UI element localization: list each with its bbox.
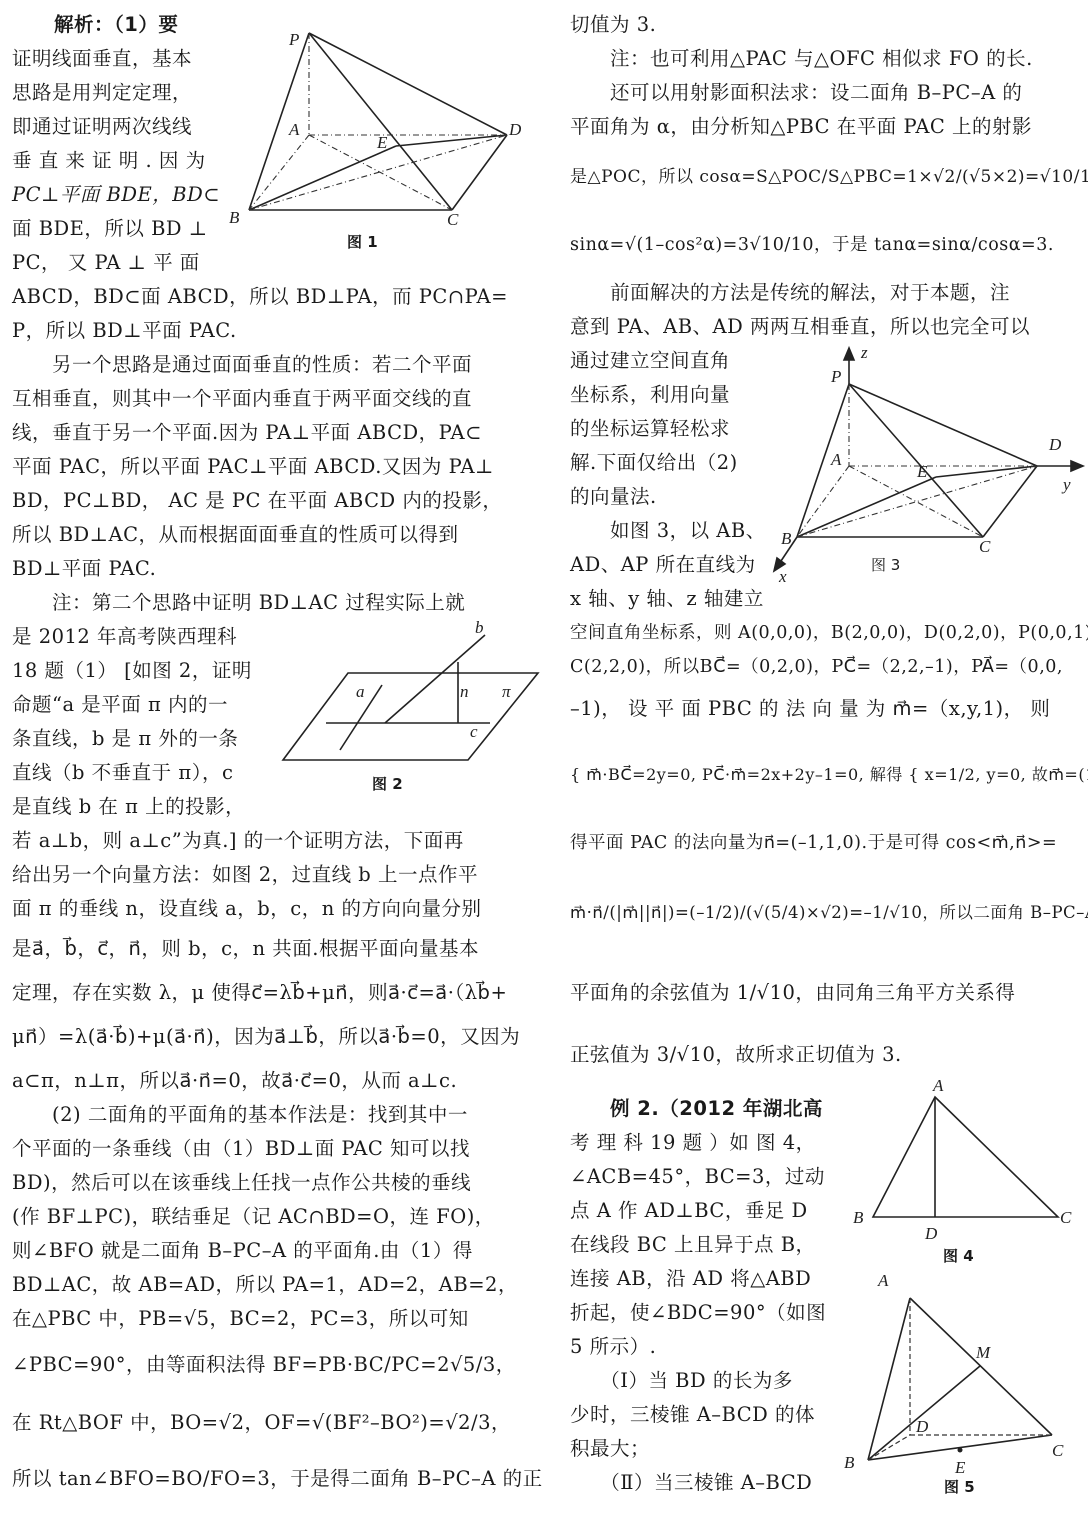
text-line: C(2,2,0)，所以BC⃗=（0,2,0)，PC⃗=（2,2,–1)，PA⃗=…: [570, 654, 1063, 680]
note-line: 注：也可利用△PAC 与△OFC 相似求 FO 的长.: [570, 46, 1033, 72]
text-line: 即通过证明两次线线: [12, 114, 192, 140]
svg-text:P: P: [830, 367, 841, 386]
text-line: 少时，三棱锥 A–BCD 的体: [570, 1402, 815, 1428]
text-line: 直线（b 不垂直于 π），c: [12, 760, 233, 786]
text-line: ABCD，BD⊂面 ABCD，所以 BD⊥PA，而 PC∩PA=: [12, 284, 508, 310]
pyramid-diagram: P A E D B C: [225, 25, 530, 255]
text-line: 还可以用射影面积法求：设二面角 B–PC–A 的: [570, 80, 1022, 106]
svg-text:D: D: [924, 1224, 938, 1243]
svg-text:E: E: [954, 1458, 966, 1477]
text-line: 解.下面仅给出（2): [570, 450, 738, 476]
formula-line: m⃗·n⃗/(|m⃗||n⃗|)=(–1/2)/(√(5/4)×√2)=–1/√…: [570, 900, 1088, 926]
svg-text:C: C: [1052, 1441, 1064, 1460]
text-line: 定理，存在实数 λ，μ 使得c⃗=λb⃗+μn⃗，则a⃗·c⃗=a⃗·（λb⃗+: [12, 980, 507, 1006]
svg-text:B: B: [781, 529, 792, 548]
svg-text:A: A: [932, 1076, 944, 1095]
text-line: 意到 PA、AB、AD 两两互相垂直，所以也完全可以: [570, 314, 1030, 340]
text-line: 正弦值为 3/√10，故所求正切值为 3.: [570, 1042, 902, 1068]
text-line: （Ⅱ）当三棱锥 A–BCD: [570, 1470, 812, 1496]
formula-line: 是△POC，所以 cosα=S△POC/S△PBC=1×√2/(√5×2)=√1…: [570, 164, 1088, 190]
text-line: 空间直角坐标系，则 A(0,0,0)，B(2,0,0)，D(0,2,0)，P(0…: [570, 620, 1088, 646]
svg-text:B: B: [229, 208, 240, 227]
text-line: 若 a⊥b，则 a⊥c”为真.] 的一个证明方法，下面再: [12, 828, 464, 854]
analysis-heading: 解析：（1）要: [12, 13, 178, 36]
text-line: 在线段 BC 上且异于点 B，: [570, 1232, 816, 1258]
folded-tetrahedron-diagram: A M D B E C: [840, 1270, 1080, 1480]
coordinate-pyramid-diagram: z P A E D y B C x: [765, 342, 1088, 587]
figure-2: b a n π c 图 2: [280, 615, 542, 800]
text-line: 平面角为 α，由分析知△PBC 在平面 PAC 上的射影: [570, 114, 1032, 140]
text-line: 互相垂直，则其中一个平面内垂直于两平面交线的直: [12, 386, 472, 412]
text-line: 面 π 的垂线 n，设直线 a，b，c，n 的方向向量分别: [12, 896, 481, 922]
text-line: 面 BDE，所以 BD ⊥: [12, 216, 208, 242]
svg-text:x: x: [778, 567, 787, 586]
svg-text:E: E: [916, 462, 928, 481]
text-line: 平面角的余弦值为 1/√10，由同角三角平方关系得: [570, 980, 1015, 1006]
formula-line: ∠PBC=90°，由等面积法得 BF=PB·BC/PC=2√5/3，: [12, 1352, 516, 1378]
svg-text:z: z: [860, 343, 868, 362]
text-line: 18 题（1） [如图 2，证明: [12, 658, 252, 684]
svg-text:B: B: [844, 1453, 855, 1472]
text-line: x 轴、y 轴、z 轴建立: [570, 586, 764, 612]
svg-text:y: y: [1061, 475, 1071, 494]
text-line: 是 2012 年高考陕西理科: [12, 624, 237, 650]
svg-text:C: C: [447, 210, 459, 229]
svg-text:b: b: [475, 618, 484, 637]
text-line: 考 理 科 19 题 ）如 图 4，: [570, 1130, 816, 1156]
text-line: （Ⅰ）当 BD 的长为多: [570, 1368, 793, 1394]
svg-text:E: E: [376, 133, 388, 152]
text-line: 是a⃗，b⃗，c⃗，n⃗，则 b，c，n 共面.根据平面向量基本: [12, 936, 479, 962]
text-line: 如图 3，以 AB、: [570, 518, 766, 544]
text-line: BD⊥AC，故 AB=AD，所以 PA=1，AD=2，AB=2，: [12, 1272, 518, 1298]
svg-text:D: D: [508, 120, 522, 139]
text-line: 坐标系，利用向量: [570, 382, 730, 408]
text-line: 在△PBC 中，PB=√5，BC=2，PC=3，所以可知: [12, 1306, 469, 1332]
svg-text:M: M: [975, 1343, 991, 1362]
text-line: P，所以 BD⊥平面 PAC.: [12, 318, 237, 344]
svg-text:n: n: [460, 682, 469, 701]
svg-text:a: a: [356, 682, 365, 701]
text-line: BD⊥平面 PAC.: [12, 556, 156, 582]
text-line: a⊂π，n⊥π，所以a⃗·n⃗=0，故a⃗·c⃗=0，从而 a⊥c.: [12, 1068, 457, 1094]
text-line: 线，垂直于另一个平面.因为 PA⊥平面 ABCD，PA⊂: [12, 420, 482, 446]
text-line: 证明线面垂直，基本: [12, 46, 192, 72]
figure-caption: 图 3: [871, 554, 900, 575]
text-line: 前面解决的方法是传统的解法，对于本题，注: [570, 280, 1010, 306]
svg-text:C: C: [1060, 1208, 1072, 1227]
figure-caption: 图 1: [347, 231, 378, 252]
text-line: 个平面的一条垂线（由（1）BD⊥面 PAC 知可以找: [12, 1136, 470, 1162]
text-line: 思路是用判定定理，: [12, 80, 192, 106]
figure-1: P A E D B C 图 1: [225, 25, 530, 255]
equation-system: { m⃗·BC⃗=2y=0, PC⃗·m⃗=2x+2y–1=0, 解得 { x=…: [570, 762, 1088, 788]
text-line: 命题“a 是平面 π 内的一: [12, 692, 228, 718]
svg-text:A: A: [288, 120, 300, 139]
text-line: PC⊥平面 BDE，BD⊂: [12, 182, 220, 208]
figure-4: A B D C 图 4: [845, 1075, 1080, 1270]
text-line: 另一个思路是通过面面垂直的性质：若二个平面: [12, 352, 472, 378]
text-line: –1)， 设 平 面 PBC 的 法 向 量 为 m⃗=（x,y,1)， 则: [570, 696, 1050, 722]
text-line: ∠ACB=45°，BC=3，过动: [570, 1164, 825, 1190]
text-line: 得平面 PAC 的法向量为n⃗=(–1,1,0).于是可得 cos<m⃗,n⃗>…: [570, 830, 1057, 856]
text-line: 给出另一个向量方法：如图 2，过直线 b 上一点作平: [12, 862, 478, 888]
svg-text:P: P: [288, 30, 299, 49]
text-line: 则∠BFO 就是二面角 B–PC–A 的平面角.由（1）得: [12, 1238, 473, 1264]
svg-text:C: C: [979, 537, 991, 556]
svg-text:A: A: [830, 450, 842, 469]
text-line: 积最大；: [570, 1436, 650, 1462]
figure-caption: 图 4: [943, 1245, 974, 1266]
text-line: 5 所示）.: [570, 1334, 656, 1360]
plane-line-diagram: b a n π c: [280, 615, 542, 775]
text-line: (作 BF⊥PC)，联结垂足（记 AC∩BD=O，连 FO)，: [12, 1204, 495, 1230]
example-heading: 例 2.（2012 年湖北高: [570, 1096, 823, 1122]
text-line: 点 A 作 AD⊥BC，垂足 D: [570, 1198, 808, 1224]
figure-3: z P A E D y B C x 图 3: [765, 342, 1088, 587]
svg-text:A: A: [877, 1271, 889, 1290]
triangle-diagram: A B D C: [845, 1075, 1080, 1245]
text-line: 折起，使∠BDC=90°（如图: [570, 1300, 826, 1326]
text-line: 是直线 b 在 π 上的投影，: [12, 794, 245, 820]
svg-text:c: c: [470, 722, 478, 741]
text-line: (2) 二面角的平面角的基本作法是：找到其中一: [12, 1102, 468, 1128]
text-line: 条直线，b 是 π 外的一条: [12, 726, 238, 752]
note-line: 注：第二个思路中证明 BD⊥AC 过程实际上就: [12, 590, 465, 616]
text-line: 平面 PAC，所以平面 PAC⊥平面 ABCD.又因为 PA⊥: [12, 454, 494, 480]
svg-text:D: D: [915, 1417, 929, 1436]
formula-line: 所以 tan∠BFO=BO/FO=3，于是得二面角 B–PC–A 的正: [12, 1466, 543, 1492]
text-line: 解析：（1）要: [12, 12, 212, 38]
figure-5: A M D B E C 图 5: [840, 1270, 1080, 1500]
svg-text:B: B: [853, 1208, 864, 1227]
text-line: 垂 直 来 证 明 . 因 为: [12, 148, 206, 174]
text-line: 的坐标运算轻松求: [570, 416, 730, 442]
text-line: 的向量法.: [570, 484, 657, 510]
figure-caption: 图 2: [372, 773, 403, 794]
figure-caption: 图 5: [944, 1476, 975, 1497]
svg-text:π: π: [502, 682, 511, 701]
svg-text:D: D: [1048, 435, 1062, 454]
formula-line: sinα=√(1–cos²α)=3√10/10，于是 tanα=sinα/cos…: [570, 232, 1054, 258]
text-line: 连接 AB，沿 AD 将△ABD: [570, 1266, 811, 1292]
text-line: 切值为 3.: [570, 12, 656, 38]
text-line: 通过建立空间直角: [570, 348, 730, 374]
text-line: 所以 BD⊥AC，从而根据面面垂直的性质可以得到: [12, 522, 459, 548]
text-line: BD，PC⊥BD， AC 是 PC 在平面 ABCD 内的投影，: [12, 488, 502, 514]
text-line: μn⃗）=λ(a⃗·b⃗)+μ(a⃗·n⃗)，因为a⃗⊥b⃗，所以a⃗·b⃗=0…: [12, 1024, 520, 1050]
text-line: PC， 又 PA ⊥ 平 面: [12, 250, 200, 276]
text-line: BD)，然后可以在该垂线上任找一点作公共棱的垂线: [12, 1170, 471, 1196]
text-line: AD、AP 所在直线为: [570, 552, 756, 578]
formula-line: 在 Rt△BOF 中，BO=√2，OF=√(BF²–BO²)=√2/3，: [12, 1410, 511, 1436]
